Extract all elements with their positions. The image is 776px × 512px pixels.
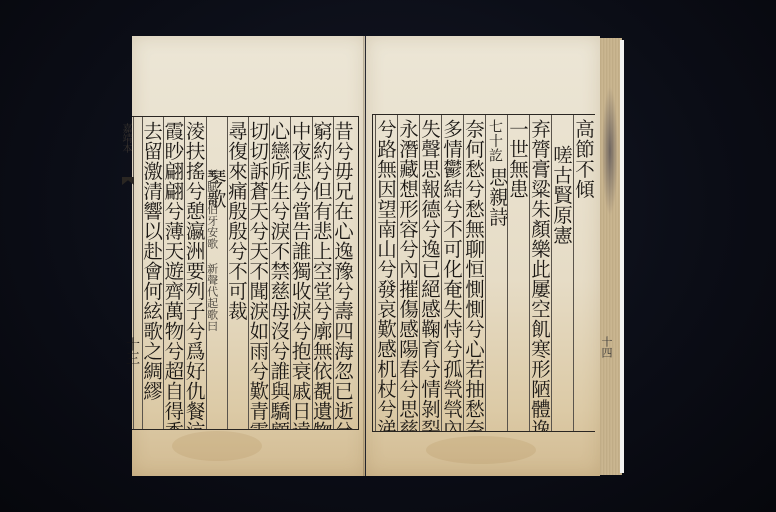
poem-title: 思親詩 [486, 167, 507, 227]
edge-title-smudge [602, 86, 618, 216]
right-text-frame: 高節不傾 嗟古賢原憲 弃膂膏粱朱顏樂此屢空飢寒形陋體逸心寬得志 一世無患 七十訖… [372, 114, 595, 432]
open-book: 嘉靖本 十三 昔兮毋兄在心逸豫兮壽四海忽已逝兮不可追心 窮約兮但有悲上空堂兮廓無… [130, 36, 624, 478]
text-column: 奈何愁兮愁無聊恒惻惻兮心若抽愁奈何兮悲思 [463, 115, 485, 431]
text-column: 切切訴蒼天兮天不聞淚如雨兮歎青雲欲弃憂兮 [248, 117, 269, 429]
text-column: 淩扶搖兮憩瀛洲要列子兮爲好仇餐沆瀣兮帶朝 [184, 117, 205, 429]
text-column: 嗟古賢原憲 [551, 115, 573, 431]
text-column: 窮約兮但有悲上空堂兮廓無依覩遺物兮心崩摧 [312, 117, 333, 429]
text-fragment: 七十訖 [487, 119, 503, 163]
text-column: 永潛藏想形容兮內摧傷感陽春兮思慈親欲一見 [397, 115, 419, 431]
left-page-number: 十三 [122, 337, 142, 365]
text-column: 中夜悲兮當告誰獨收淚兮抱衰戚日遠邁兮思予 [290, 117, 311, 429]
section-heading-qin-ge: 琴歌 琴賦云伯牙安歌 新聲代起歌曰 [206, 117, 227, 429]
left-columns: 昔兮毋兄在心逸豫兮壽四海忽已逝兮不可追心 窮約兮但有悲上空堂兮廓無依覩遺物兮心崩… [142, 117, 354, 429]
text-column: 高節不傾 [573, 115, 595, 431]
text-column: 昔兮毋兄在心逸豫兮壽四海忽已逝兮不可追心 [333, 117, 354, 429]
paper-stain [172, 431, 262, 461]
edge-page-number: 十四 [598, 336, 614, 358]
text-column: 尋復來痛殷殷兮不可裁 [227, 117, 248, 429]
annotation-note: 琴賦云伯牙安歌 新聲代起歌曰 [207, 117, 218, 429]
text-column: 兮路無因望南山兮發哀歎感机杖兮涕汍瀾念疇 [375, 115, 397, 431]
text-column: 失聲思報德兮逸已絕感鞠育兮情剝裂嗟母兄兮 [419, 115, 441, 431]
text-column: 去留激清響以赴會何絃歌之綢繆 [142, 117, 163, 429]
page-edge-highlight [620, 40, 624, 473]
text-column: 多情鬱結兮不可化奄失恃兮孤煢煢內自悼兮啼 [441, 115, 463, 431]
right-columns: 高節不傾 嗟古賢原憲 弃膂膏粱朱顏樂此屢空飢寒形陋體逸心寬得志 一世無患 七十訖… [375, 115, 595, 431]
section-heading-si-qin-shi: 七十訖 思親詩 [485, 115, 507, 431]
left-margin-title: 嘉靖本 [122, 117, 134, 429]
right-page: 高節不傾 嗟古賢原憲 弃膂膏粱朱顏樂此屢空飢寒形陋體逸心寬得志 一世無患 七十訖… [366, 36, 600, 476]
text-column: 心戀所生兮淚不禁慈母沒兮誰與驕顧自憐兮心 [269, 117, 290, 429]
paper-stain [426, 436, 536, 464]
left-page: 嘉靖本 十三 昔兮毋兄在心逸豫兮壽四海忽已逝兮不可追心 窮約兮但有悲上空堂兮廓無… [132, 36, 365, 476]
left-text-frame: 嘉靖本 十三 昔兮毋兄在心逸豫兮壽四海忽已逝兮不可追心 窮約兮但有悲上空堂兮廓無… [132, 116, 359, 430]
text-column: 霞眇翩翩兮薄天遊齊萬物兮超自得委性命兮任 [163, 117, 184, 429]
text-column: 弃膂膏粱朱顏樂此屢空飢寒形陋體逸心寬得志 [529, 115, 551, 431]
text-column: 一世無患 [507, 115, 529, 431]
